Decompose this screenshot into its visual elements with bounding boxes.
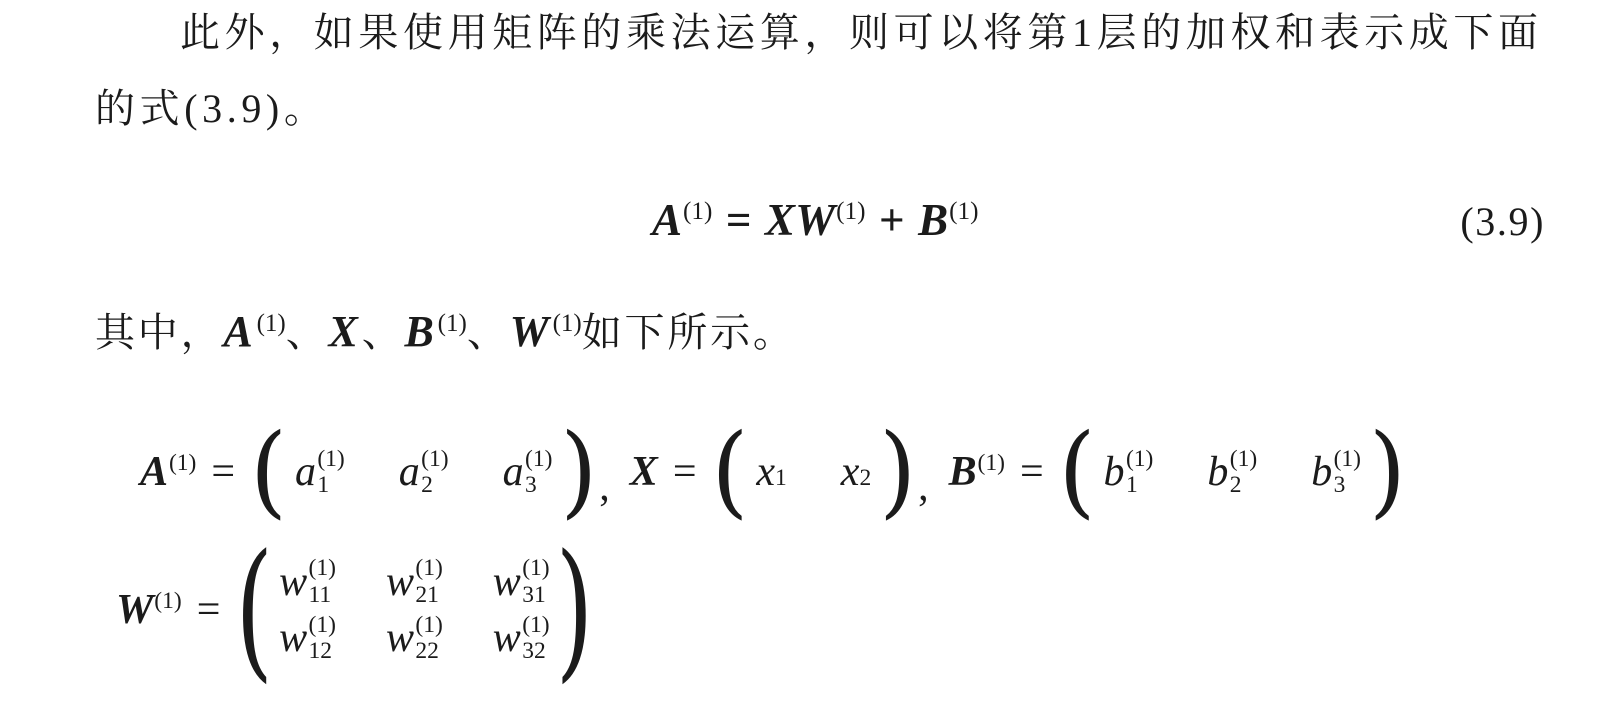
- entry-x2: x2: [841, 451, 871, 493]
- right-paren: ): [560, 427, 597, 517]
- paragraph-line-2: 的式(3.9)。: [95, 85, 328, 133]
- superscript-layer-1: (1): [257, 310, 286, 337]
- entry-base: x: [756, 451, 775, 493]
- enumeration-comma: 、: [286, 310, 329, 355]
- entry-sub: 21: [415, 582, 439, 608]
- equals-sign: =: [1020, 451, 1044, 493]
- entry-sub: 31: [522, 582, 546, 608]
- paragraph-where: 其中，A(1)、X、B(1)、W(1)如下所示。: [95, 306, 796, 359]
- entry-a3: a(1)3: [503, 446, 553, 499]
- where-suffix: 如下所示。: [582, 310, 796, 355]
- entry-sub: 32: [522, 638, 546, 664]
- superscript-layer-1: (1): [154, 588, 181, 614]
- right-paren: ): [556, 543, 594, 678]
- entry-base: w: [279, 617, 307, 659]
- matrix-w-entries: w(1)11 w(1)21 w(1)31 w(1)12 w(1)22 w(1)3…: [273, 555, 556, 664]
- entry-base: a: [295, 451, 316, 493]
- entry-sup: (1): [317, 446, 344, 472]
- entry-w11: w(1)11: [279, 555, 336, 608]
- matrix-b-name: B(1): [949, 451, 1005, 493]
- entry-sub: 2: [421, 472, 433, 498]
- matrix-symbol-B: B: [918, 195, 948, 245]
- superscript-layer-1: (1): [169, 450, 196, 476]
- plus-sign: +: [879, 195, 905, 245]
- entry-base: a: [399, 451, 420, 493]
- entry-sup: (1): [525, 446, 552, 472]
- right-paren: ): [879, 427, 916, 517]
- entry-sub: 1: [317, 472, 329, 498]
- entry-x1: x1: [756, 451, 786, 493]
- matrix-x-name: X: [630, 451, 658, 493]
- entry-base: w: [493, 561, 521, 603]
- entry-sup: (1): [1230, 446, 1257, 472]
- entry-sup: (1): [415, 555, 442, 581]
- matrix-symbol-B: B: [405, 307, 437, 356]
- left-paren: (: [712, 427, 749, 517]
- matrix-symbol-X: X: [630, 449, 658, 495]
- superscript-layer-1: (1): [949, 198, 978, 225]
- entry-sup: (1): [1126, 446, 1153, 472]
- superscript-layer-1: (1): [683, 198, 712, 225]
- equals-sign: =: [197, 589, 221, 631]
- entry-base: b: [1207, 451, 1228, 493]
- matrix-a-entries: a(1)1 a(1)2 a(1)3: [287, 446, 560, 499]
- equals-sign: =: [211, 451, 235, 493]
- entry-b2: b(1)2: [1207, 446, 1257, 499]
- enumeration-comma: 、: [467, 310, 510, 355]
- entry-sub: 1: [1126, 472, 1138, 498]
- entry-base: x: [841, 451, 860, 493]
- entry-w21: w(1)21: [386, 555, 443, 608]
- matrix-symbol-A: A: [223, 307, 255, 356]
- equals-sign: =: [726, 195, 752, 245]
- equation-3-9: A(1)=XW(1)+B(1): [652, 190, 979, 258]
- entry-base: w: [279, 561, 307, 603]
- matrix-a-name: A(1): [140, 451, 196, 493]
- equals-sign: =: [673, 451, 697, 493]
- entry-sup: (1): [309, 555, 336, 581]
- matrix-symbol-W: W: [116, 587, 153, 633]
- matrix-symbol-W: W: [510, 307, 552, 356]
- left-paren: (: [1059, 427, 1096, 517]
- row-vector-definitions: A(1) = ( a(1)1 a(1)2 a(1)3 ) , X = ( x1 …: [140, 420, 1406, 524]
- entry-sup: (1): [522, 555, 549, 581]
- entry-w32: w(1)32: [493, 612, 550, 665]
- enumeration-comma: 、: [362, 310, 405, 355]
- book-page: 此外，如果使用矩阵的乘法运算，则可以将第1层的加权和表示成下面 的式(3.9)。…: [0, 0, 1624, 718]
- matrix-symbol-B: B: [949, 449, 977, 495]
- superscript-layer-1: (1): [836, 198, 865, 225]
- equation-number: (3.9): [1460, 198, 1545, 245]
- matrix-symbol-X: X: [765, 195, 795, 245]
- matrix-symbol-X: X: [329, 307, 361, 356]
- entry-base: b: [1104, 451, 1125, 493]
- matrix-symbol-A: A: [140, 449, 168, 495]
- separator-comma: ,: [918, 466, 929, 508]
- entry-sub: 22: [415, 638, 439, 664]
- entry-sup: (1): [309, 612, 336, 638]
- entry-base: a: [503, 451, 524, 493]
- entry-sub: 2: [1230, 472, 1242, 498]
- matrix-w-name: W(1): [116, 589, 182, 631]
- entry-sup: (1): [1334, 446, 1361, 472]
- left-paren: (: [235, 543, 273, 678]
- entry-sup: (1): [421, 446, 448, 472]
- entry-sub: 11: [309, 582, 332, 608]
- matrix-symbol-W: W: [795, 195, 835, 245]
- matrix-x-entries: x1 x2: [748, 451, 879, 493]
- where-prefix: 其中，: [95, 310, 223, 355]
- entry-base: w: [493, 617, 521, 659]
- entry-a1: a(1)1: [295, 446, 345, 499]
- matrix-symbol-A: A: [652, 195, 682, 245]
- entry-base: w: [386, 617, 414, 659]
- entry-a2: a(1)2: [399, 446, 449, 499]
- entry-base: b: [1311, 451, 1332, 493]
- entry-base: w: [386, 561, 414, 603]
- separator-comma: ,: [599, 466, 610, 508]
- entry-w31: w(1)31: [493, 555, 550, 608]
- superscript-layer-1: (1): [438, 310, 467, 337]
- entry-sub: 12: [309, 638, 333, 664]
- matrix-b-entries: b(1)1 b(1)2 b(1)3: [1096, 446, 1369, 499]
- entry-sub: 1: [775, 467, 787, 491]
- paragraph-line-1: 此外，如果使用矩阵的乘法运算，则可以将第1层的加权和表示成下面: [180, 9, 1543, 57]
- entry-w22: w(1)22: [386, 612, 443, 665]
- right-paren: ): [1369, 427, 1406, 517]
- left-paren: (: [250, 427, 287, 517]
- weight-matrix-definition: W(1) = ( w(1)11 w(1)21 w(1)31 w(1)12 w(1…: [116, 536, 593, 684]
- entry-sub: 3: [1334, 472, 1346, 498]
- entry-sup: (1): [522, 612, 549, 638]
- superscript-layer-1: (1): [553, 310, 582, 337]
- superscript-layer-1: (1): [978, 450, 1005, 476]
- entry-sup: (1): [415, 612, 442, 638]
- entry-w12: w(1)12: [279, 612, 336, 665]
- entry-b3: b(1)3: [1311, 446, 1361, 499]
- entry-b1: b(1)1: [1104, 446, 1154, 499]
- entry-sub: 2: [859, 467, 871, 491]
- entry-sub: 3: [525, 472, 537, 498]
- equation-row: A(1)=XW(1)+B(1) (3.9): [0, 190, 1624, 256]
